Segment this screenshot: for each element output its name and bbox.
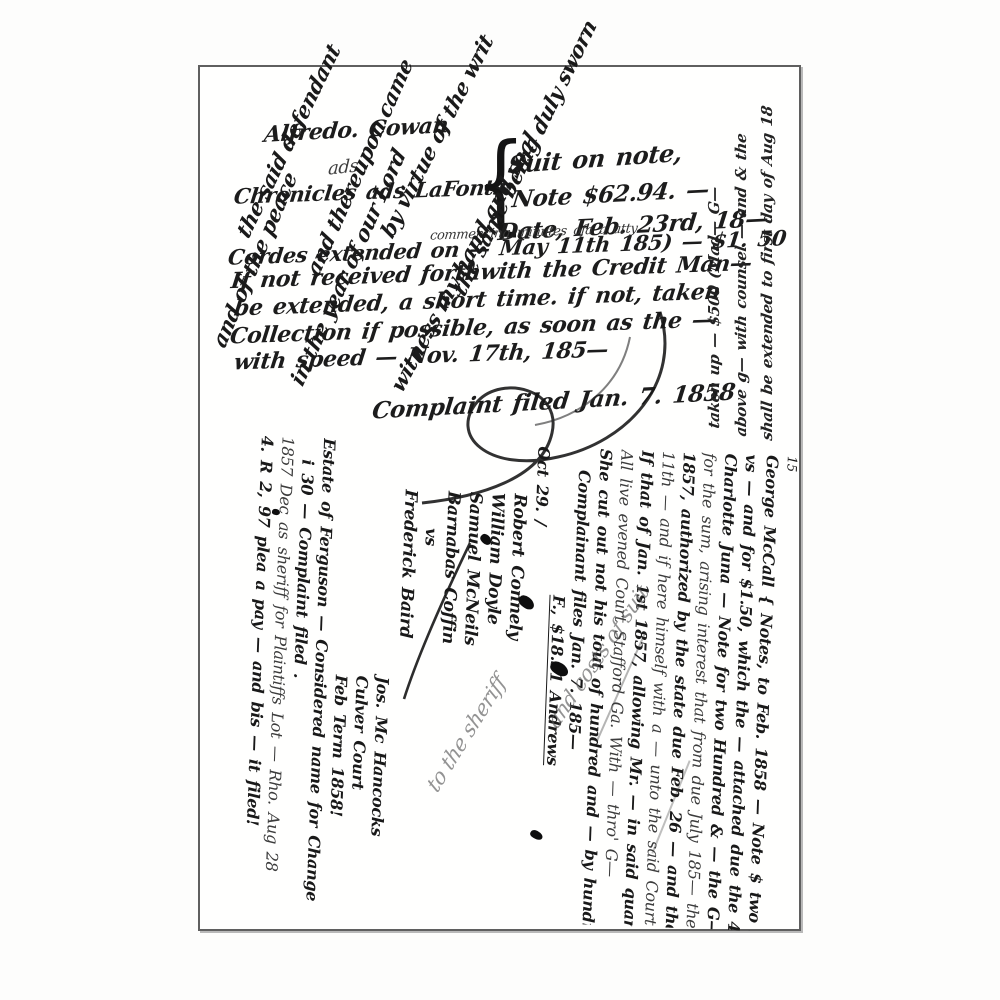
slash-flourish-stroke — [396, 537, 476, 707]
handwriting-line-note-amount: Note $62.94. — — [511, 178, 711, 211]
stamp-sheet-panel: Alfredo. Cowan ads Chronicles ads LaFont… — [198, 65, 801, 931]
margin-note-line: taken up — $500 (Mad— G— — [705, 186, 723, 430]
scanned-document-image: { "page": { "background": "#fdfdfc", "sh… — [0, 0, 1000, 1000]
margin-note-line: above g— with counsel — and & the — [732, 132, 750, 437]
margin-note-line: shall be extended to first day of Aug 18 — [758, 105, 776, 442]
